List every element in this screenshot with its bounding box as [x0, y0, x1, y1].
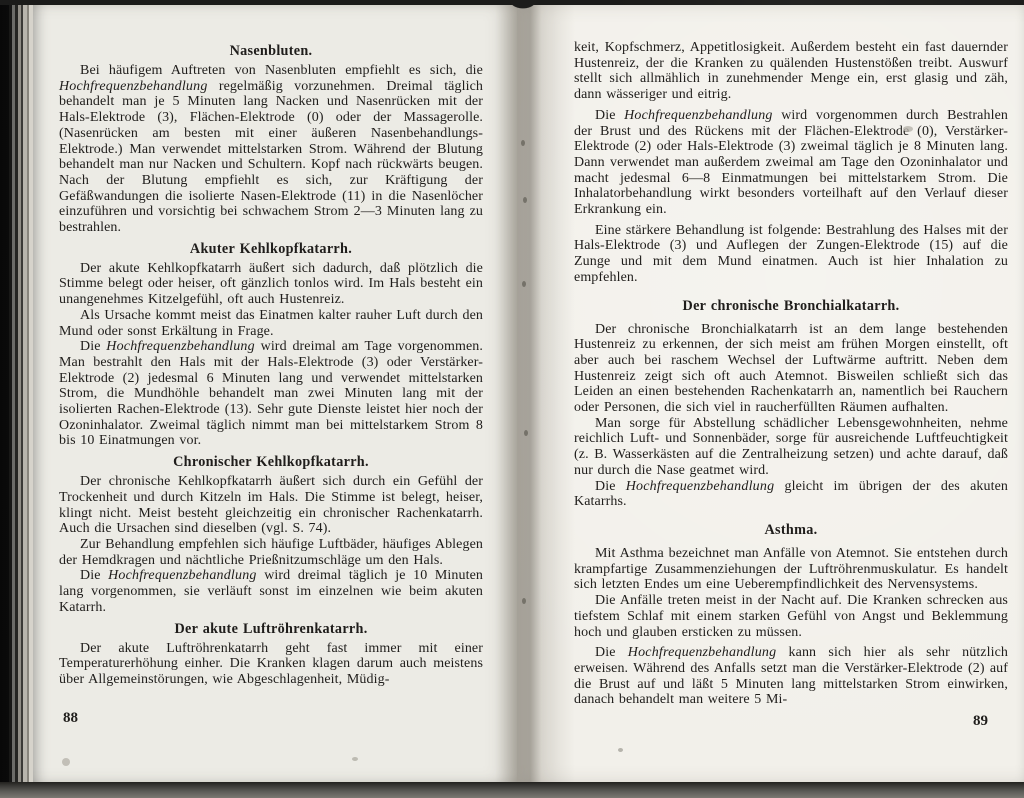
- right-page-text: keit, Kopfschmerz, Appetitlosigkeit. Auß…: [574, 40, 1008, 708]
- scanned-book-photo: Nasenbluten.Bei häufigem Auftreten von N…: [0, 0, 1024, 798]
- section-heading: Der chronische Bronchialkatarrh.: [574, 298, 1008, 314]
- paragraph: Die Hochfrequenzbehandlung kann sich hie…: [574, 645, 1008, 708]
- italic-term: Hochfrequenzbehandlung: [628, 645, 777, 660]
- gutter-top-notch: [501, 0, 545, 14]
- paragraph: Die Hochfrequenzbehandlung wird dreimal …: [59, 568, 483, 615]
- text-run: Der akute Kehlkopfkatarrh äußert sich da…: [59, 261, 483, 307]
- paragraph: Die Anfälle treten meist in der Nacht au…: [574, 593, 1008, 640]
- right-page: keit, Kopfschmerz, Appetitlosigkeit. Auß…: [517, 5, 1024, 782]
- left-page: Nasenbluten.Bei häufigem Auftreten von N…: [33, 5, 517, 782]
- section-heading: Chronischer Kehlkopfkatarrh.: [59, 454, 483, 470]
- text-run: regelmäßig vorzunehmen. Dreimal täglich …: [59, 79, 483, 235]
- scan-speck: [903, 126, 913, 132]
- paragraph: Zur Behandlung empfehlen sich häufige Lu…: [59, 537, 483, 568]
- paragraph: Als Ursache kommt meist das Einatmen kal…: [59, 308, 483, 339]
- text-run: Die: [80, 568, 108, 583]
- scan-speck: [352, 757, 358, 761]
- text-run: Die: [595, 645, 628, 660]
- paragraph: keit, Kopfschmerz, Appetitlosigkeit. Auß…: [574, 40, 1008, 103]
- text-run: wird dreimal am Tage vorgenommen. Man be…: [59, 339, 483, 448]
- paragraph: Der chronische Bronchialkatarrh ist an d…: [574, 322, 1008, 416]
- text-run: wird vorgenommen durch Bestrahlen der Br…: [574, 108, 1008, 217]
- text-run: Bei häufigem Auftreten von Nasenbluten e…: [80, 63, 483, 78]
- text-run: Der chronische Bronchialkatarrh ist an d…: [574, 322, 1008, 416]
- text-run: Eine stärkere Behandlung ist folgende: B…: [574, 223, 1008, 285]
- paragraph: Bei häufigem Auftreten von Nasenbluten e…: [59, 63, 483, 236]
- paragraph: Die Hochfrequenzbehandlung wird vorgenom…: [574, 108, 1008, 218]
- paragraph: Die Hochfrequenzbehandlung gleicht im üb…: [574, 479, 1008, 510]
- italic-term: Hochfrequenzbehandlung: [626, 479, 775, 494]
- italic-term: Hochfrequenzbehandlung: [624, 108, 773, 123]
- paragraph: Man sorge für Abstellung schädlicher Leb…: [574, 416, 1008, 479]
- section-heading: Asthma.: [574, 522, 1008, 538]
- text-run: Die: [595, 108, 624, 123]
- scan-speck: [62, 758, 70, 766]
- section-heading: Der akute Luftröhrenkatarrh.: [59, 621, 483, 637]
- italic-term: Hochfrequenzbehandlung: [59, 79, 208, 94]
- text-run: Als Ursache kommt meist das Einatmen kal…: [59, 308, 483, 339]
- scan-speck: [618, 748, 623, 752]
- book-bottom-edge: [0, 782, 1024, 798]
- section-heading: Nasenbluten.: [59, 43, 483, 59]
- paragraph: Mit Asthma bezeichnet man Anfälle von At…: [574, 546, 1008, 593]
- binding-dot: [523, 197, 527, 203]
- paragraph: Der akute Luftröhrenkatarrh geht fast im…: [59, 641, 483, 688]
- binding-dot: [522, 281, 526, 287]
- text-run: Der akute Luftröhrenkatarrh geht fast im…: [59, 641, 483, 687]
- section-heading: Akuter Kehlkopfkatarrh.: [59, 241, 483, 257]
- paragraph: Der chronische Kehlkopfkatarrh äußert si…: [59, 474, 483, 537]
- text-run: Die: [80, 339, 106, 354]
- text-run: Die Anfälle treten meist in der Nacht au…: [574, 593, 1008, 639]
- binding-dot: [522, 598, 526, 604]
- paragraph: Eine stärkere Behandlung ist folgende: B…: [574, 223, 1008, 286]
- text-run: Man sorge für Abstellung schädlicher Leb…: [574, 416, 1008, 478]
- binding-dot: [521, 140, 525, 146]
- text-run: keit, Kopfschmerz, Appetitlosigkeit. Auß…: [574, 40, 1008, 102]
- page-stack-left-edge: [0, 0, 33, 798]
- text-run: Der chronische Kehlkopfkatarrh äußert si…: [59, 474, 483, 536]
- left-page-number: 88: [63, 710, 78, 727]
- italic-term: Hochfrequenzbehandlung: [108, 568, 257, 583]
- italic-term: Hochfrequenzbehandlung: [106, 339, 255, 354]
- right-page-number: 89: [973, 713, 988, 730]
- paragraph: Die Hochfrequenzbehandlung wird dreimal …: [59, 339, 483, 449]
- left-page-text: Nasenbluten.Bei häufigem Auftreten von N…: [59, 38, 483, 688]
- text-run: Mit Asthma bezeichnet man Anfälle von At…: [574, 546, 1008, 592]
- text-run: Zur Behandlung empfehlen sich häufige Lu…: [59, 537, 483, 568]
- text-run: Die: [595, 479, 626, 494]
- binding-dot: [524, 430, 528, 436]
- paragraph: Der akute Kehlkopfkatarrh äußert sich da…: [59, 261, 483, 308]
